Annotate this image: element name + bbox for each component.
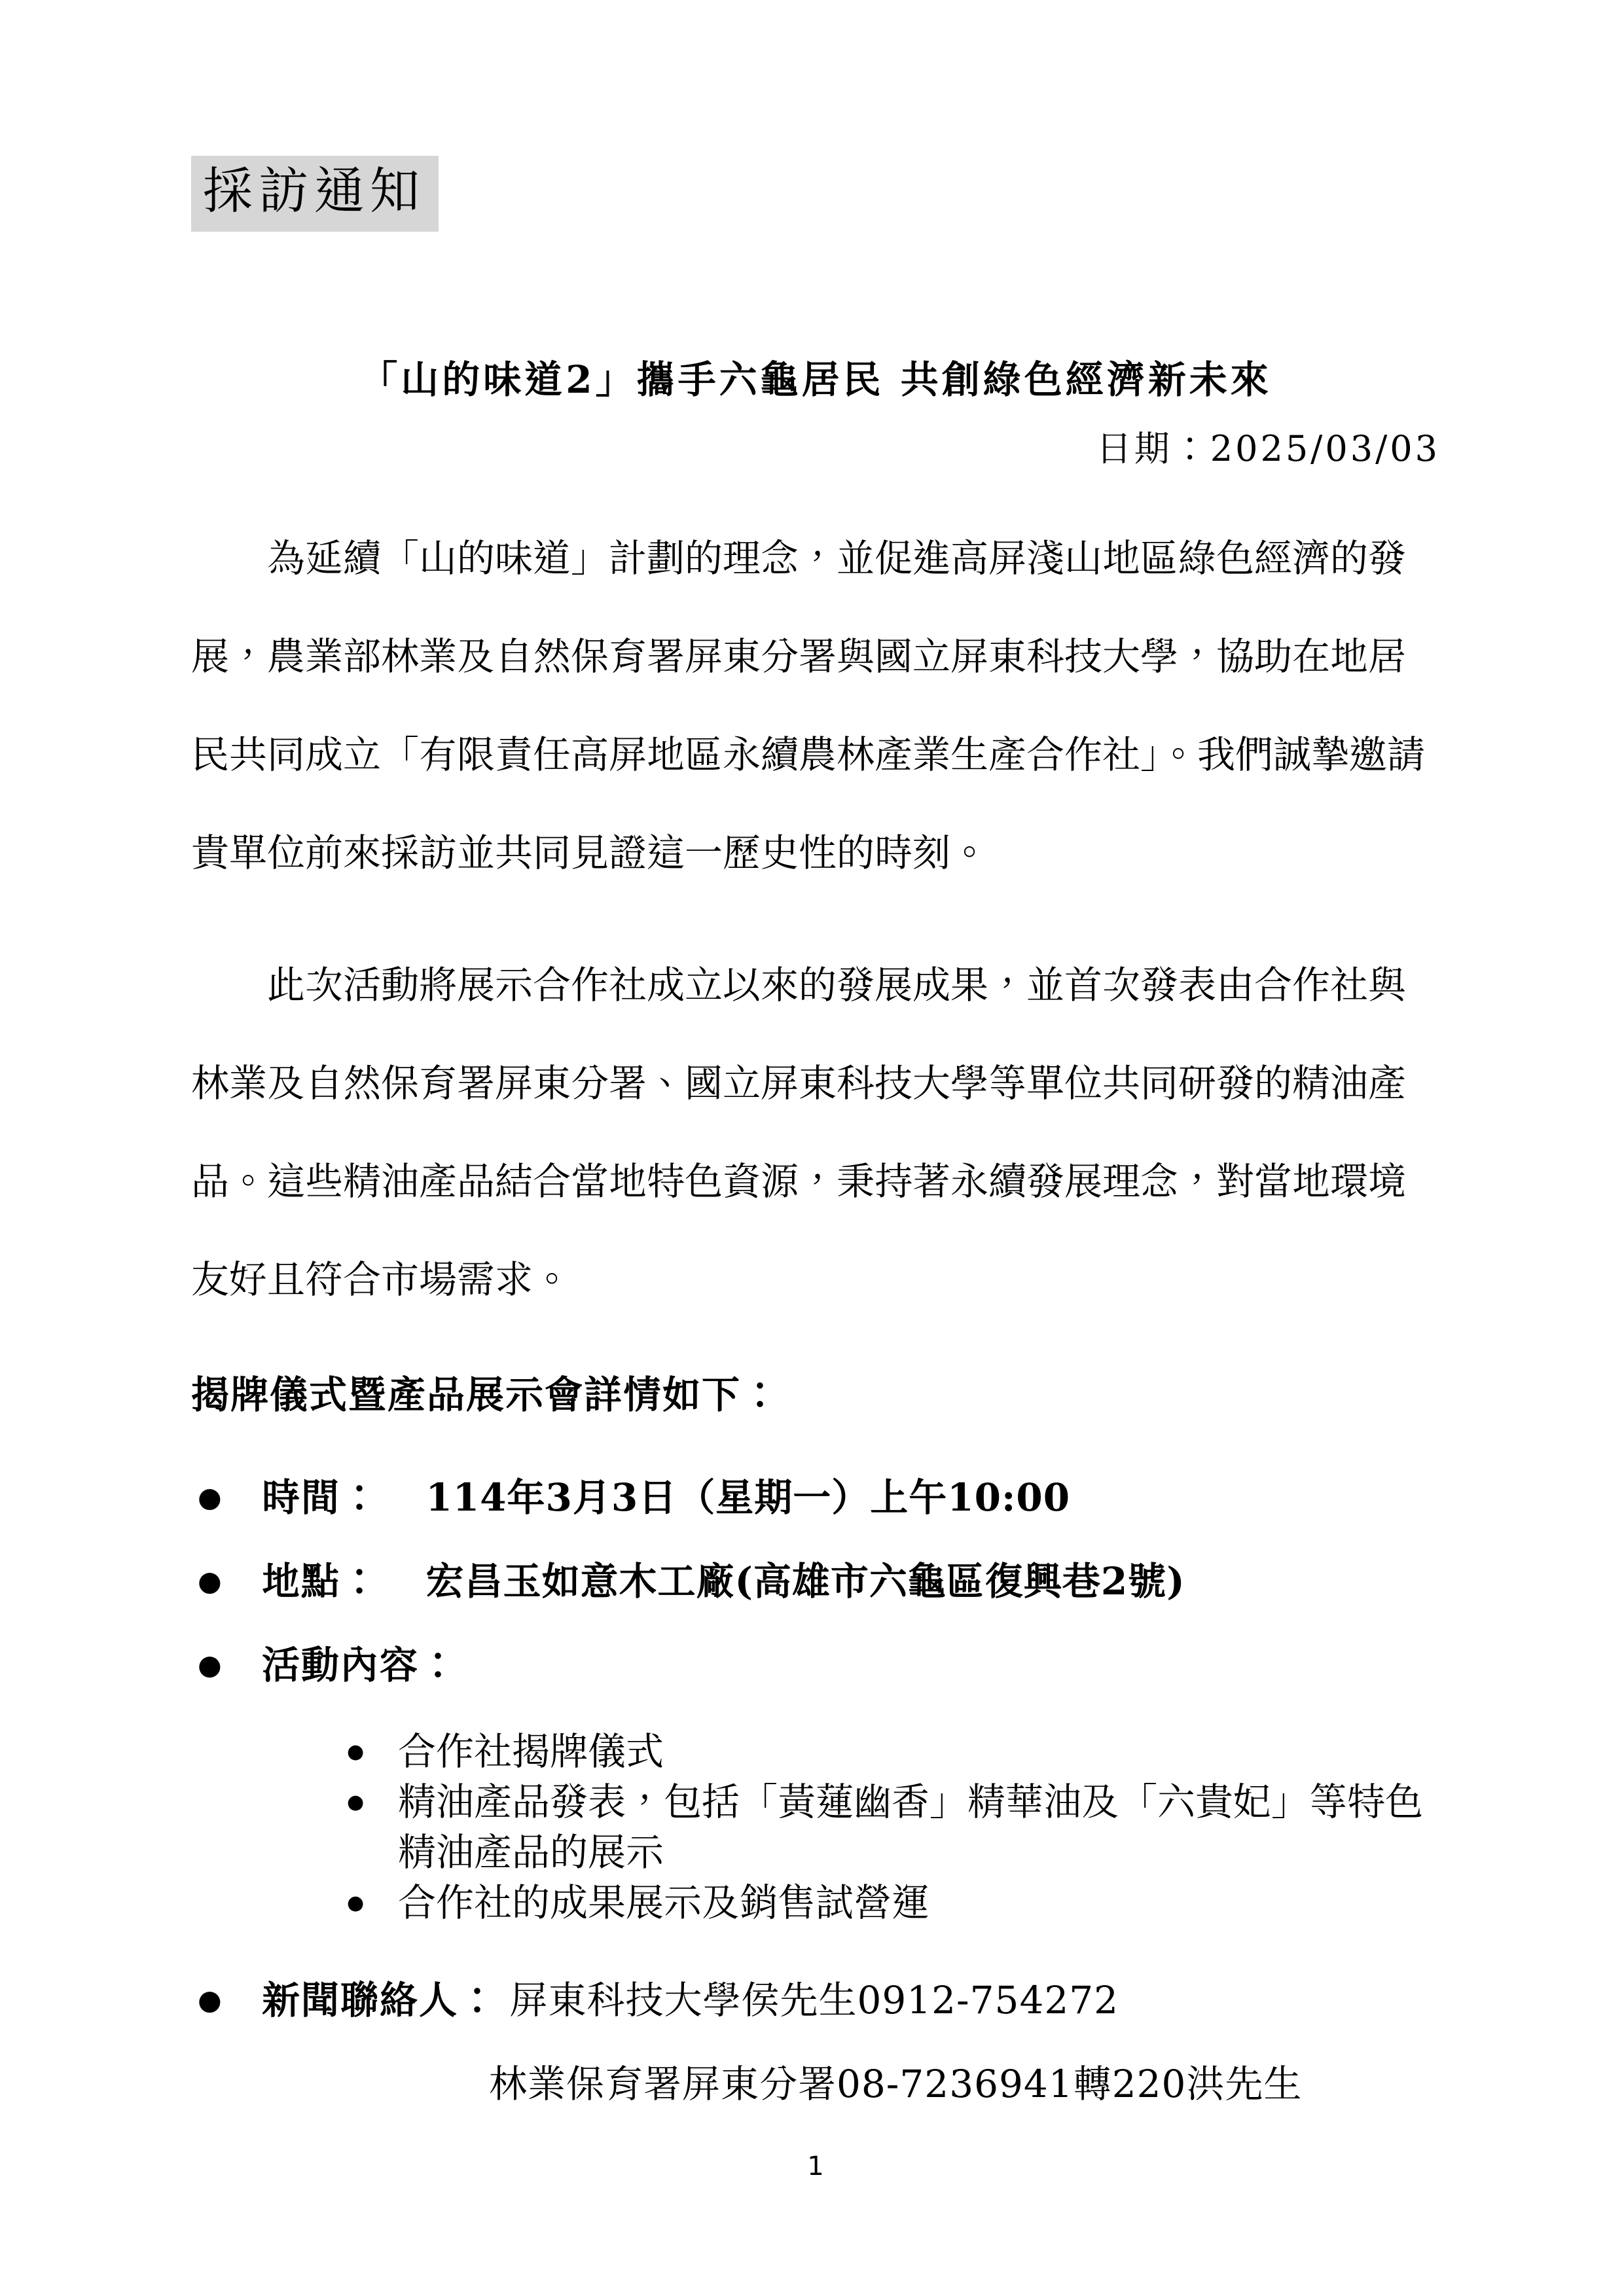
details-list: ● 時間： 114年3月3日（星期一）上午10:00 ● 地點： 宏昌玉如意木工… bbox=[191, 1456, 1440, 2126]
bullet-label-location: 地點： bbox=[262, 1559, 380, 1604]
contact-line-1: 屏東科技大學侯先生0912-754272 bbox=[509, 1978, 1119, 2022]
bullet-icon: ● bbox=[198, 1539, 222, 1623]
paragraph-line: 貴單位前來採訪並共同見證這一歷史性的時刻。 bbox=[191, 804, 1440, 902]
page-number: 1 bbox=[191, 2147, 1440, 2186]
bullet-item-activities: ● 活動內容： bbox=[191, 1623, 1440, 1707]
bullet-icon: ● bbox=[198, 1958, 222, 2042]
document-page: 採訪通知 「山的味道2」攜手六龜居民 共創綠色經濟新未來 日期：2025/03/… bbox=[0, 0, 1624, 2296]
contact-label: 新聞聯絡人： bbox=[262, 1978, 497, 2022]
bullet-item-location: ● 地點： 宏昌玉如意木工廠(高雄市六龜區復興巷2號) bbox=[191, 1539, 1440, 1623]
activities-sub-list: ● 合作社揭牌儀式 ● 精油產品發表，包括「黃蓮幽香」精華油及「六貴妃」等特色 … bbox=[191, 1727, 1440, 1928]
paragraph-line: 為延續「山的味道」計劃的理念，並促進高屏淺山地區綠色經濟的發 bbox=[191, 509, 1440, 607]
paragraph-line: 林業及自然保育署屏東分署、國立屏東科技大學等單位共同研發的精油產 bbox=[191, 1034, 1440, 1132]
contact-line-2: 林業保育署屏東分署08-7236941轉220洪先生 bbox=[191, 2042, 1440, 2126]
sub-bullet-text: 精油產品發表，包括「黃蓮幽香」精華油及「六貴妃」等特色 bbox=[398, 1777, 1440, 1827]
bullet-icon: ● bbox=[347, 1878, 364, 1928]
paragraph-line: 民共同成立「有限責任高屏地區永續農林產業生產合作社」。我們誠摯邀請 bbox=[191, 706, 1440, 804]
bullet-label-time: 時間： bbox=[262, 1475, 380, 1520]
date-line: 日期：2025/03/03 bbox=[191, 425, 1440, 473]
section-heading: 揭牌儀式暨產品展示會詳情如下： bbox=[191, 1359, 1440, 1431]
paragraph-2: 此次活動將展示合作社成立以來的發展成果，並首次發表由合作社與 林業及自然保育署屏… bbox=[191, 936, 1440, 1329]
document-title: 「山的味道2」攜手六龜居民 共創綠色經濟新未來 bbox=[191, 350, 1440, 410]
sub-bullet-item: ● 合作社揭牌儀式 bbox=[191, 1727, 1440, 1777]
paragraph-1: 為延續「山的味道」計劃的理念，並促進高屏淺山地區綠色經濟的發 展，農業部林業及自… bbox=[191, 509, 1440, 902]
bullet-value-time: 114年3月3日（星期一）上午10:00 bbox=[425, 1475, 1070, 1520]
sub-bullet-text: 合作社揭牌儀式 bbox=[398, 1727, 1440, 1777]
sub-bullet-text: 合作社的成果展示及銷售試營運 bbox=[398, 1878, 1440, 1928]
sub-bullet-item: ● 精油產品發表，包括「黃蓮幽香」精華油及「六貴妃」等特色 精油產品的展示 bbox=[191, 1777, 1440, 1878]
bullet-icon: ● bbox=[198, 1623, 222, 1707]
paragraph-line: 友好且符合市場需求。 bbox=[191, 1230, 1440, 1329]
bullet-item-time: ● 時間： 114年3月3日（星期一）上午10:00 bbox=[191, 1456, 1440, 1539]
bullet-icon: ● bbox=[198, 1456, 222, 1539]
sub-bullet-item: ● 合作社的成果展示及銷售試營運 bbox=[191, 1878, 1440, 1928]
highlighted-header-label: 採訪通知 bbox=[191, 156, 439, 232]
paragraph-line: 品。這些精油產品結合當地特色資源，秉持著永續發展理念，對當地環境 bbox=[191, 1132, 1440, 1230]
paragraph-line: 此次活動將展示合作社成立以來的發展成果，並首次發表由合作社與 bbox=[191, 936, 1440, 1034]
bullet-icon: ● bbox=[347, 1727, 364, 1777]
bullet-icon: ● bbox=[347, 1777, 364, 1827]
paragraph-line: 展，農業部林業及自然保育署屏東分署與國立屏東科技大學，協助在地居 bbox=[191, 607, 1440, 706]
sub-bullet-text: 精油產品的展示 bbox=[398, 1827, 1440, 1878]
bullet-item-contact: ● 新聞聯絡人： 屏東科技大學侯先生0912-754272 bbox=[191, 1958, 1440, 2042]
bullet-label-activities: 活動內容： bbox=[262, 1643, 458, 1687]
bullet-value-location: 宏昌玉如意木工廠(高雄市六龜區復興巷2號) bbox=[425, 1559, 1185, 1604]
